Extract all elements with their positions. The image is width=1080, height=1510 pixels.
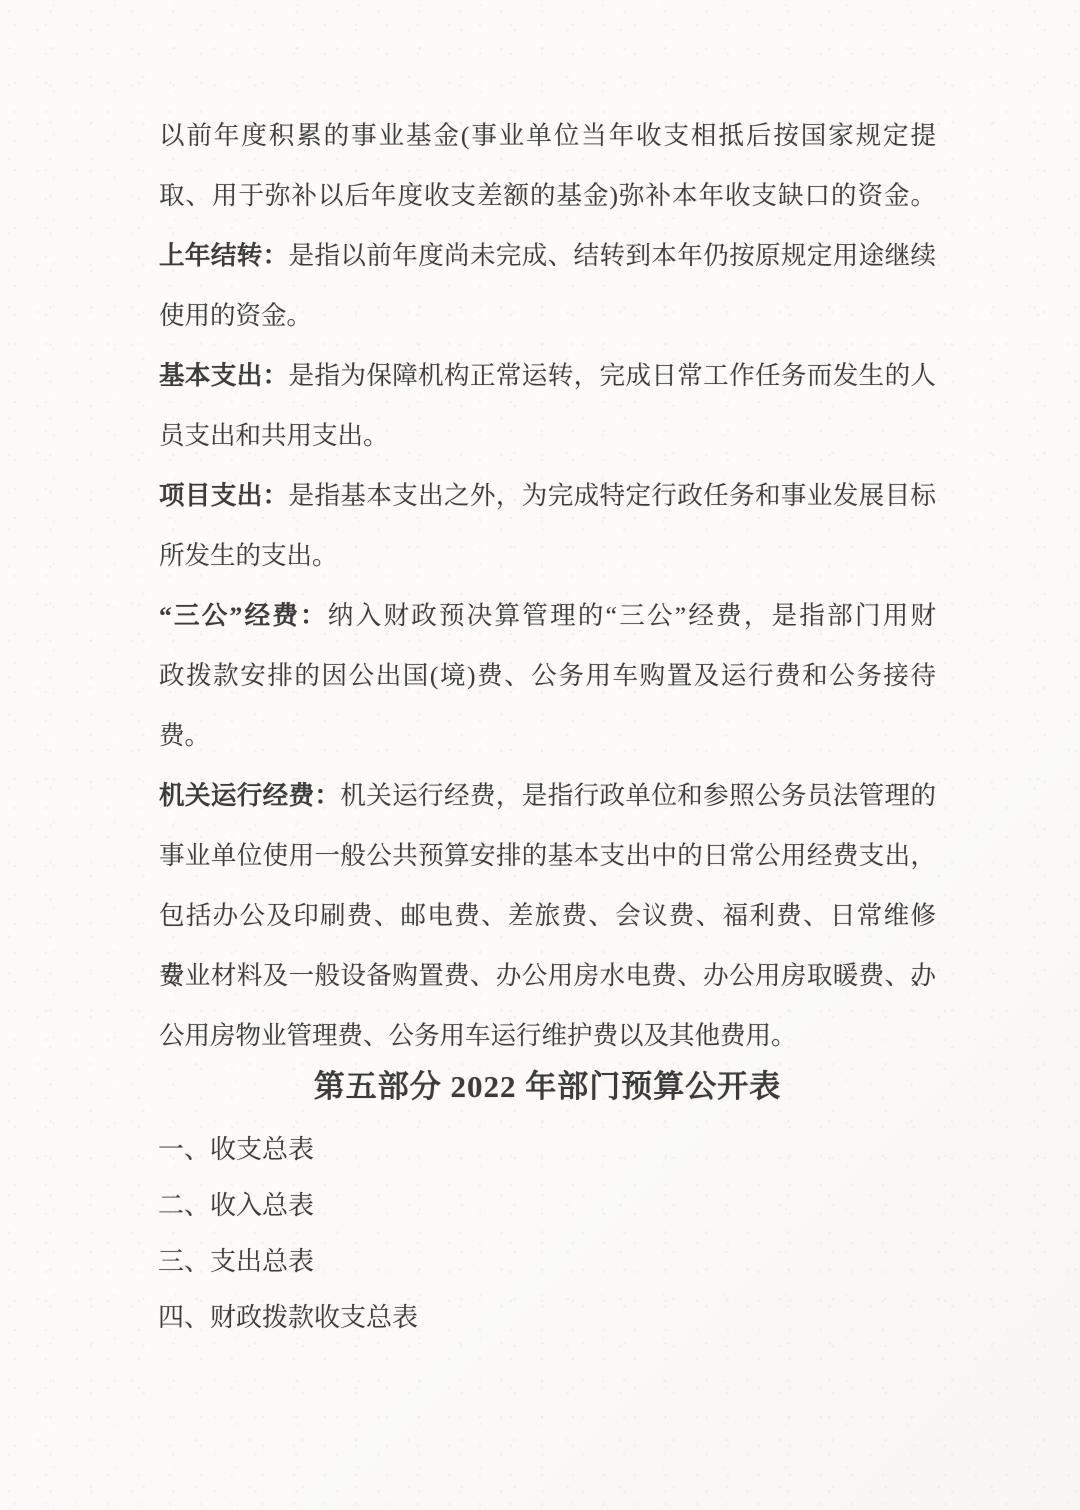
toc-list: 一、收支总表 二、收入总表 三、支出总表 四、财政拨款收支总表 [158, 1122, 858, 1346]
glossary-text-block: 以前年度积累的事业基金(事业单位当年收支相抵后按国家规定提 取、用于弥补以后年度… [159, 106, 936, 1066]
text-line: 政拨款安排的因公出国(境)费、公务用车购置及运行费和公务接待 [159, 646, 936, 706]
glossary-definition: 是指以前年度尚未完成、结转到本年仍按原规定用途继续 [289, 241, 936, 270]
text-line: 取、用于弥补以后年度收支差额的基金)弥补本年收支缺口的资金。 [159, 166, 936, 226]
text-line: 公用房物业管理费、公务用车运行维护费以及其他费用。 [159, 1006, 936, 1066]
text-line: 事业单位使用一般公共预算安排的基本支出中的日常公用经费支出， [159, 826, 936, 886]
toc-item: 一、收支总表 [158, 1122, 858, 1178]
text-line: 专业材料及一般设备购置费、办公用房水电费、办公用房取暖费、办 [159, 946, 936, 1006]
glossary-definition: 是指为保障机构正常运转，完成日常工作任务而发生的人 [289, 361, 936, 390]
text-line: 员支出和共用支出。 [159, 406, 936, 466]
glossary-term: 上年结转： [159, 241, 289, 270]
toc-item: 二、收入总表 [158, 1178, 858, 1234]
glossary-term: 项目支出： [159, 481, 289, 510]
text-line: “三公”经费：纳入财政预决算管理的“三公”经费，是指部门用财 [159, 586, 936, 646]
glossary-term: 机关运行经费： [159, 781, 340, 810]
text-line: 包括办公及印刷费、邮电费、差旅费、会议费、福利费、日常维修费、 [159, 886, 936, 946]
toc-item: 四、财政拨款收支总表 [158, 1290, 858, 1346]
text-line: 以前年度积累的事业基金(事业单位当年收支相抵后按国家规定提 [159, 106, 936, 166]
glossary-definition: 是指基本支出之外，为完成特定行政任务和事业发展目标 [289, 481, 936, 510]
toc-item: 三、支出总表 [158, 1234, 858, 1290]
text-line: 使用的资金。 [159, 286, 936, 346]
glossary-term: “三公”经费： [159, 601, 328, 630]
glossary-definition: 机关运行经费，是指行政单位和参照公务员法管理的 [340, 781, 936, 810]
document-page: 以前年度积累的事业基金(事业单位当年收支相抵后按国家规定提 取、用于弥补以后年度… [0, 0, 1080, 1510]
text-line: 上年结转：是指以前年度尚未完成、结转到本年仍按原规定用途继续 [159, 226, 936, 286]
text-line: 机关运行经费：机关运行经费，是指行政单位和参照公务员法管理的 [159, 766, 936, 826]
text-line: 所发生的支出。 [159, 526, 936, 586]
text-line: 项目支出：是指基本支出之外，为完成特定行政任务和事业发展目标 [159, 466, 936, 526]
section-heading: 第五部分 2022 年部门预算公开表 [159, 1062, 936, 1112]
glossary-definition: 纳入财政预决算管理的“三公”经费，是指部门用财 [328, 601, 936, 630]
text-line: 基本支出：是指为保障机构正常运转，完成日常工作任务而发生的人 [159, 346, 936, 406]
glossary-term: 基本支出： [159, 361, 289, 390]
text-line: 费。 [159, 706, 936, 766]
